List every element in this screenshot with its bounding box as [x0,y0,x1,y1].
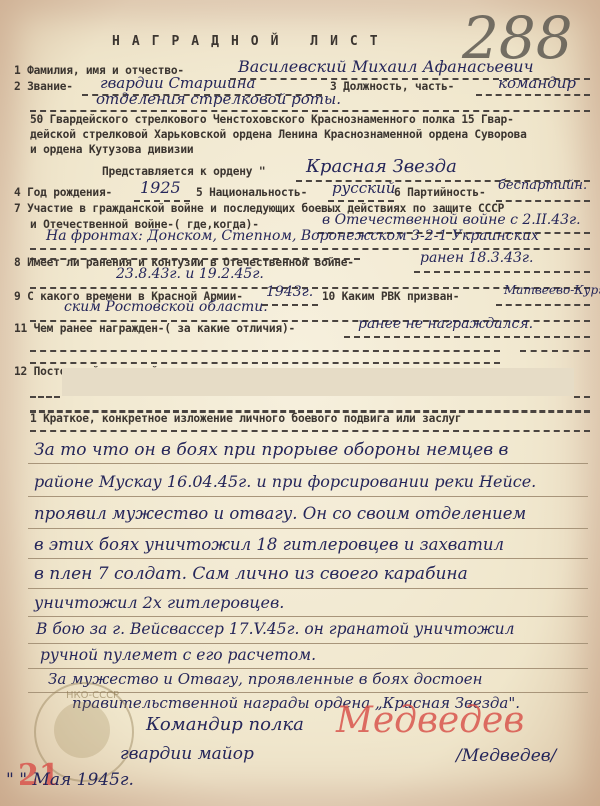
red-signature: Медведев [336,700,524,741]
unit-line-2: дейской стрелковой Харьковской ордена Ле… [30,128,527,141]
field-1-value: Василевский Михаил Афанасьевич [238,57,534,76]
field-9-value: 1943г. [266,284,313,300]
field-6-label: 6 Партийность- [394,186,486,199]
field-11-underline-2 [30,350,500,352]
field-10-value-1: Матвеево-Курган- [504,283,600,297]
narrative-line: районе Мускау 16.04.45г. и при форсирова… [34,472,536,491]
field-3-underline-2 [30,110,590,112]
nominated-order: Красная Звезда [306,156,457,177]
seal-text: НКО-СССР [66,690,119,701]
field-8-underline [414,271,590,273]
unit-line-3: и ордена Кутузова дивизии [30,143,193,156]
field-4-label: 4 Год рождения- [14,186,112,199]
field-3-value-1: командир [498,74,576,92]
narrative-line: в этих боях уничтожил 18 гитлеровцев и з… [34,535,504,554]
field-5-value: русский [332,179,395,197]
ruled-line [28,496,588,497]
field-11-underline [344,336,590,338]
field-12-underline-left [30,396,60,398]
ruled-line [28,528,588,529]
signature-date: " " Мая 1945г. [6,770,134,790]
field-7-value-2: На фронтах: Донском, Степном, Воронежско… [46,228,539,244]
narrative-top-divider [30,430,590,432]
field-11-underline-3 [520,350,590,352]
field-9-underline [262,304,318,306]
ruled-line [28,588,588,589]
ruled-line [28,643,588,644]
field-3-value-2: отделения стрелковой роты. [96,90,341,108]
field-10-underline [496,304,590,306]
field-8-value-2: 23.8.43г. и 19.2.45г. [116,266,264,282]
narrative-heading: 1 Краткое, конкретное изложение личного … [30,412,461,425]
document-title: НАГРАДНОЙ ЛИСТ [112,34,390,49]
field-3-label: 3 Должность, часть- [330,80,454,93]
narrative-line: уничтожил 2х гитлеровцев. [34,593,284,612]
unit-line-1: 50 Гвардейского стрелкового Ченстоховско… [30,113,514,126]
field-11-value: ранее не награждался. [358,316,533,332]
field-5-label: 5 Национальность- [196,186,307,199]
signature-rank: гвардии майор [120,744,254,764]
field-4-value: 1925 [140,178,181,197]
narrative-line: проявил мужество и отвагу. Он со своим о… [34,504,526,523]
field-12-underline-right [574,396,590,398]
narrative-line: За мужество и Отвагу, проявленные в боях… [48,670,483,688]
field-10-value-2: ским Ростовской области. [64,299,268,315]
ruled-line [28,463,588,464]
nominated-label: Представляется к ордену " [102,165,265,178]
ruled-line [28,616,588,617]
ruled-line [28,668,588,669]
field-7-value-1: в Отечественной войне с 2.II.43г. [322,212,581,228]
signature-title: Командир полка [146,714,304,735]
narrative-line: За то что он в боях при прорыве обороны … [34,440,508,460]
field-6-underline [496,200,590,202]
field-11-underline-4 [30,362,500,364]
field-11-label: 11 Чем ранее награжден-( за какие отличи… [14,322,295,335]
field-2-label: 2 Звание- [14,80,73,93]
ruled-line [28,558,588,559]
field-10-label: 10 Каким РВК призван- [322,290,459,303]
narrative-line: ручной пулемет с его расчетом. [40,646,316,664]
field-8-value-1: ранен 18.3.43г. [420,250,533,266]
redacted-address [62,368,574,396]
signatory-name: /Медведев/ [456,746,556,766]
narrative-line: В бою за г. Вейсвассер 17.V.45г. он гран… [36,620,515,638]
award-sheet-page: 288 НАГРАДНОЙ ЛИСТ 1 Фамилия, имя и отче… [0,0,600,806]
field-6-value: беспартийн. [498,178,587,193]
narrative-line: в плен 7 солдат. Сам лично из своего кар… [34,564,468,584]
field-3-underline [476,94,590,96]
